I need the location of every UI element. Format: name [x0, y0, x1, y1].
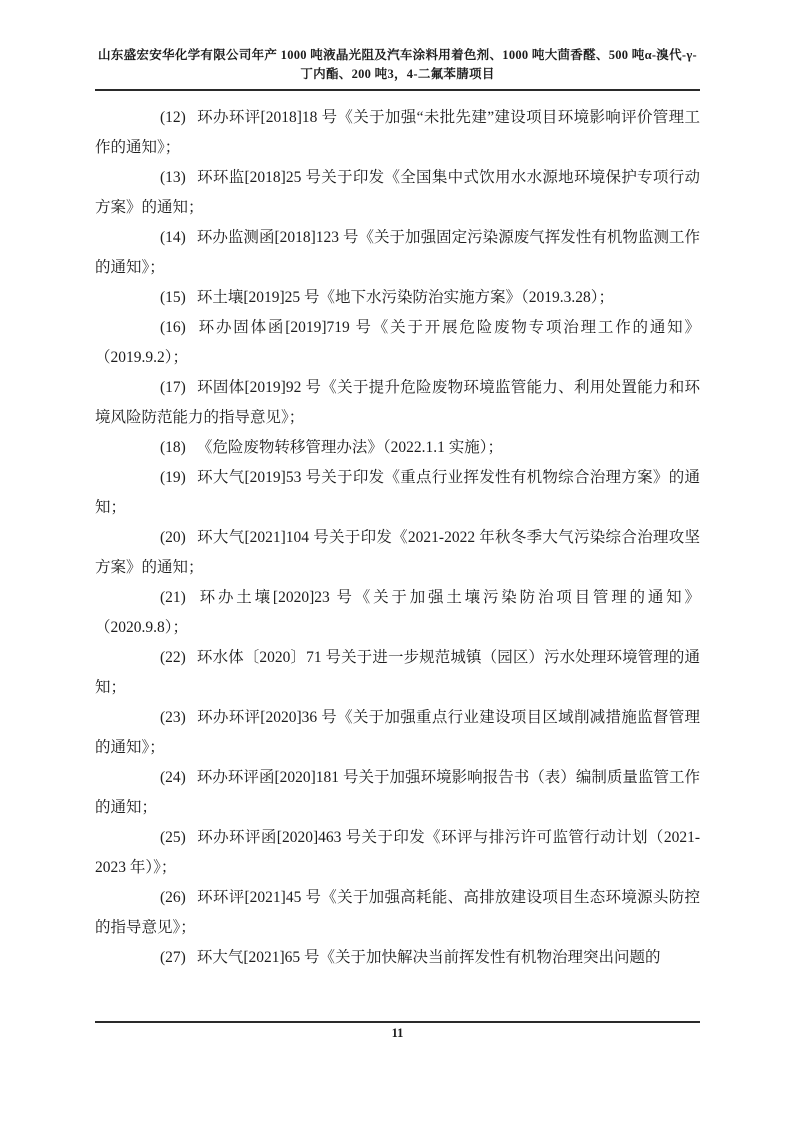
- list-item: (25)环办环评函[2020]463 号关于印发《环评与排污许可监管行动计划（2…: [95, 823, 700, 883]
- list-item: (20)环大气[2021]104 号关于印发《2021-2022 年秋冬季大气污…: [95, 523, 700, 583]
- list-item: (26)环环评[2021]45 号《关于加强高耗能、高排放建设项目生态环境源头防…: [95, 883, 700, 943]
- item-number: (12): [160, 109, 186, 126]
- item-number: (24): [160, 769, 186, 786]
- item-number: (13): [160, 169, 186, 186]
- page-footer: 11: [95, 1021, 700, 1042]
- item-number: (21): [160, 589, 186, 606]
- header-line-2: 丁内酯、200 吨3，4-二氟苯腈项目: [95, 65, 700, 84]
- list-item: (22)环水体〔2020〕71 号关于进一步规范城镇（园区）污水处理环境管理的通…: [95, 643, 700, 703]
- item-number: (18): [160, 439, 186, 456]
- list-item: (15)环土壤[2019]25 号《地下水污染防治实施方案》（2019.3.28…: [95, 283, 700, 313]
- item-number: (17): [160, 379, 186, 396]
- list-item: (12)环办环评[2018]18 号《关于加强“未批先建”建设项目环境影响评价管…: [95, 103, 700, 163]
- list-item: (18)《危险废物转移管理办法》（2022.1.1 实施）；: [95, 433, 700, 463]
- list-item: (16)环办固体函[2019]719 号《关于开展危险废物专项治理工作的通知》（…: [95, 313, 700, 373]
- item-text: 环大气[2021]65 号《关于加快解决当前挥发性有机物治理突出问题的: [197, 949, 661, 966]
- item-number: (14): [160, 229, 186, 246]
- item-text: 环土壤[2019]25 号《地下水污染防治实施方案》（2019.3.28）；: [197, 289, 614, 306]
- item-number: (25): [160, 829, 186, 846]
- list-item: (24)环办环评函[2020]181 号关于加强环境影响报告书（表）编制质量监管…: [95, 763, 700, 823]
- item-number: (22): [160, 649, 186, 666]
- list-item: (27)环大气[2021]65 号《关于加快解决当前挥发性有机物治理突出问题的: [95, 943, 700, 973]
- item-number: (16): [160, 319, 186, 336]
- item-number: (19): [160, 469, 186, 486]
- item-number: (15): [160, 289, 186, 306]
- page-header: 山东盛宏安华化学有限公司年产 1000 吨液晶光阻及汽车涂料用着色剂、1000 …: [95, 46, 700, 91]
- item-number: (26): [160, 889, 186, 906]
- page-number: 11: [392, 1025, 404, 1041]
- header-line-1: 山东盛宏安华化学有限公司年产 1000 吨液晶光阻及汽车涂料用着色剂、1000 …: [95, 46, 700, 65]
- list-item: (19)环大气[2019]53 号关于印发《重点行业挥发性有机物综合治理方案》的…: [95, 463, 700, 523]
- list-item: (23)环办环评[2020]36 号《关于加强重点行业建设项目区域削减措施监督管…: [95, 703, 700, 763]
- item-text: 《危险废物转移管理办法》（2022.1.1 实施）；: [197, 439, 503, 456]
- document-body: (12)环办环评[2018]18 号《关于加强“未批先建”建设项目环境影响评价管…: [95, 103, 700, 973]
- list-item: (17)环固体[2019]92 号《关于提升危险废物环境监管能力、利用处置能力和…: [95, 373, 700, 433]
- item-number: (27): [160, 949, 186, 966]
- list-item: (13)环环监[2018]25 号关于印发《全国集中式饮用水水源地环境保护专项行…: [95, 163, 700, 223]
- list-item: (21)环办土壤[2020]23 号《关于加强土壤污染防治项目管理的通知》（20…: [95, 583, 700, 643]
- item-number: (23): [160, 709, 186, 726]
- document-page: 山东盛宏安华化学有限公司年产 1000 吨液晶光阻及汽车涂料用着色剂、1000 …: [0, 0, 794, 1123]
- item-number: (20): [160, 529, 186, 546]
- list-item: (14)环办监测函[2018]123 号《关于加强固定污染源废气挥发性有机物监测…: [95, 223, 700, 283]
